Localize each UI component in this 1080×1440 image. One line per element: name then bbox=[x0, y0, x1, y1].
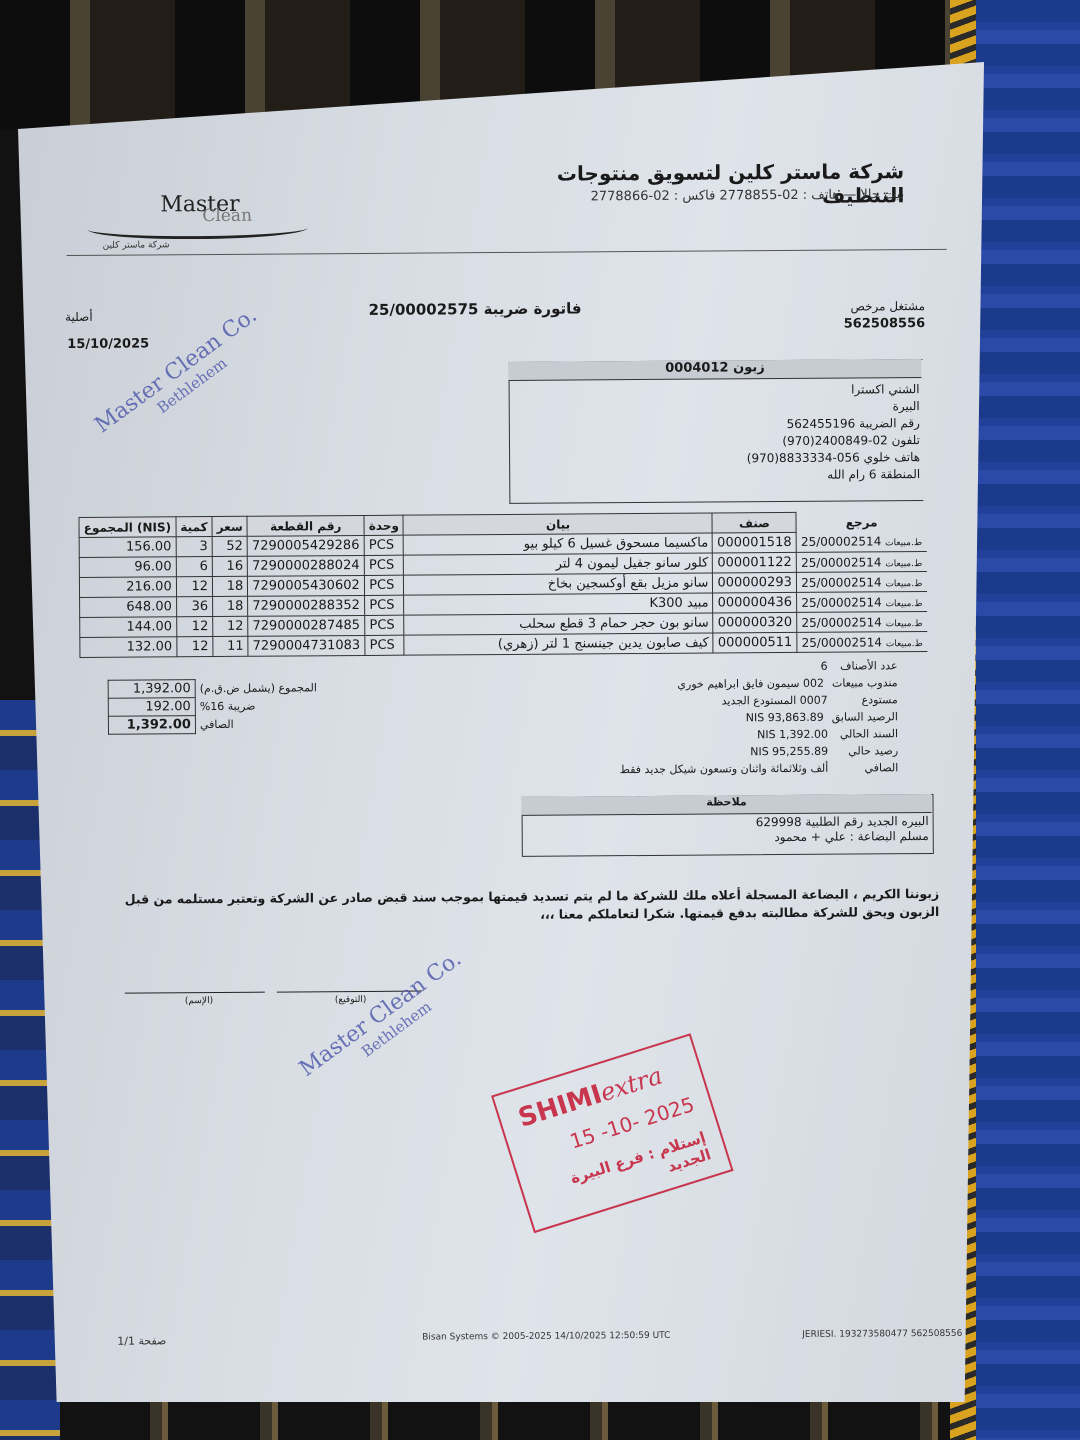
item-unit: PCS bbox=[365, 595, 404, 615]
col-part-no: رقم القطعة bbox=[247, 515, 364, 536]
tax-value: 192.00 bbox=[108, 698, 195, 717]
item-price: 18 bbox=[212, 576, 247, 596]
totals-table: 1,392.00 المجموع (يشمل ض.ق.م) 192.00 ضري… bbox=[108, 678, 323, 734]
summary-value: NIS 93,863.89 bbox=[746, 709, 824, 727]
item-total: 96.00 bbox=[79, 557, 176, 578]
account-summary: عدد الأصناف6مندوب مبيعات002 سيمون فايق ا… bbox=[597, 657, 898, 778]
item-part-no: 7290005430602 bbox=[248, 575, 365, 596]
item-total: 156.00 bbox=[79, 537, 176, 558]
page-number: صفحة 1/1 bbox=[117, 1334, 166, 1347]
summary-row: مستودع0007 المستودع الجديد bbox=[598, 691, 898, 710]
logo-swoosh-icon bbox=[87, 217, 307, 240]
invoice-date: 15/10/2025 bbox=[67, 336, 149, 352]
item-price: 16 bbox=[212, 556, 247, 576]
col-description: بيان bbox=[403, 513, 712, 535]
summary-row: مندوب مبيعات002 سيمون فايق ابراهيم خوري bbox=[598, 674, 898, 693]
notes-lines: البيره الجديد رقم الطلبية 629998 مسلم ال… bbox=[529, 814, 929, 847]
item-total: 216.00 bbox=[79, 577, 176, 598]
item-unit: PCS bbox=[365, 615, 404, 635]
item-code: 000001518 bbox=[713, 532, 797, 553]
item-qty: 12 bbox=[176, 617, 212, 637]
item-description: ماكسيما مسحوق غسيل 6 كيلو بيو bbox=[404, 533, 713, 555]
item-reference: 25/00002514 ط.مبيعات bbox=[797, 632, 927, 653]
col-item-code: صنف bbox=[712, 512, 796, 533]
summary-value: 6 bbox=[820, 658, 827, 675]
item-code: 000000293 bbox=[713, 572, 797, 593]
tax-label: ضريبة 16% bbox=[195, 697, 321, 716]
item-qty: 36 bbox=[176, 597, 212, 617]
col-price: سعر bbox=[212, 516, 247, 536]
logo-tagline: شركة ماستر كلين bbox=[103, 240, 170, 250]
invoice-paper: شركة ماستر كلين لتسويق منتوجات التنظيف ب… bbox=[18, 62, 984, 1402]
notes-header: ملاحظة bbox=[521, 794, 931, 816]
customer-header: زبون 0004012 bbox=[508, 359, 921, 381]
invoice-title: فاتورة ضريبة 25/00002575 bbox=[345, 299, 605, 319]
item-part-no: 7290000288024 bbox=[248, 555, 365, 576]
receipt-stamp-branch: إستلام : فرع البيرة الجديد bbox=[540, 1128, 713, 1213]
signature-label: (التوقيع) bbox=[335, 995, 367, 1005]
item-price: 18 bbox=[213, 596, 248, 616]
net-label: الصافي bbox=[195, 715, 321, 734]
customer-region: المنطقة 6 رام الله bbox=[576, 466, 920, 485]
item-total: 144.00 bbox=[80, 617, 177, 638]
item-part-no: 7290000288352 bbox=[248, 595, 365, 616]
subtotal-row: 1,392.00 المجموع (يشمل ض.ق.م) bbox=[108, 679, 321, 698]
summary-row: عدد الأصناف6 bbox=[597, 657, 897, 676]
item-reference: 25/00002514 ط.مبيعات bbox=[796, 552, 926, 573]
name-signature-line bbox=[125, 992, 265, 994]
software-credit: Bisan Systems © 2005-2025 14/10/2025 12:… bbox=[422, 1331, 670, 1343]
note-receiver: مسلم البضاعة : علي + محمود bbox=[529, 829, 929, 847]
license-label: مشتغل مرخص bbox=[805, 299, 925, 314]
item-total: 648.00 bbox=[80, 597, 177, 618]
item-reference: 25/00002514 ط.مبيعات bbox=[797, 612, 927, 633]
document-code: JERIESI. 193273580477 562508556 bbox=[802, 1329, 962, 1340]
items-table: المجموع (NIS) كمية سعر رقم القطعة وحدة ب… bbox=[78, 511, 927, 658]
company-stamp-bottom: Master Clean Co. Bethlehem bbox=[295, 946, 477, 1096]
item-part-no: 7290004731083 bbox=[248, 635, 365, 656]
company-logo: Master Clean شركة ماستر كلين bbox=[82, 191, 312, 253]
item-reference: 25/00002514 ط.مبيعات bbox=[796, 532, 926, 553]
subtotal-label: المجموع (يشمل ض.ق.م) bbox=[195, 679, 321, 698]
customer-name: الشني اكسترا bbox=[576, 381, 920, 400]
summary-row: رصيد حاليNIS 95,255.89 bbox=[598, 742, 898, 761]
item-description: مبيد K300 bbox=[404, 593, 713, 615]
summary-label: عدد الأصناف bbox=[835, 657, 897, 674]
item-part-no: 7290005429286 bbox=[247, 535, 364, 556]
summary-value: 0007 المستودع الجديد bbox=[722, 692, 828, 710]
item-part-no: 7290000287485 bbox=[248, 615, 365, 636]
summary-row: الرصيد السابقNIS 93,863.89 bbox=[598, 708, 898, 727]
item-unit: PCS bbox=[364, 555, 403, 575]
item-description: سانو مزيل بقع أوكسجين بخاخ bbox=[404, 573, 713, 595]
summary-label: مستودع bbox=[836, 691, 898, 708]
summary-label: الصافي bbox=[836, 759, 898, 776]
item-total: 132.00 bbox=[80, 637, 177, 658]
name-label: (الإسم) bbox=[185, 996, 213, 1006]
item-code: 000001122 bbox=[713, 552, 797, 573]
item-description: كلور سانو جفيل ليمون 4 لتر bbox=[404, 553, 713, 575]
item-unit: PCS bbox=[365, 575, 404, 595]
item-qty: 3 bbox=[176, 537, 212, 557]
item-price: 12 bbox=[213, 616, 248, 636]
company-stamp-top: Master Clean Co. Bethlehem bbox=[91, 303, 273, 453]
original-label: أصلية bbox=[65, 310, 93, 324]
disclaimer-text: زبوننا الكريم ، البضاعة المسجلة أعلاه مل… bbox=[109, 885, 939, 927]
item-code: 000000436 bbox=[713, 592, 797, 613]
item-unit: PCS bbox=[365, 635, 404, 655]
subtotal-value: 1,392.00 bbox=[108, 680, 195, 699]
col-total: المجموع (NIS) bbox=[79, 517, 176, 538]
item-qty: 12 bbox=[176, 577, 212, 597]
item-reference: 25/00002514 ط.مبيعات bbox=[797, 592, 927, 613]
summary-value: 002 سيمون فايق ابراهيم خوري bbox=[677, 675, 824, 693]
summary-label: رصيد حالي bbox=[836, 742, 898, 759]
tax-row: 192.00 ضريبة 16% bbox=[108, 697, 321, 716]
item-qty: 12 bbox=[177, 637, 213, 657]
summary-label: مندوب مبيعات bbox=[832, 674, 898, 691]
summary-label: السند الحالي bbox=[836, 725, 898, 742]
receipt-stamp: SHIMIextra 15 -10- 2025 إستلام : فرع الب… bbox=[491, 1033, 733, 1233]
item-code: 000000320 bbox=[713, 612, 797, 633]
col-qty: كمية bbox=[176, 517, 212, 537]
col-reference: مرجع bbox=[796, 512, 926, 533]
item-price: 11 bbox=[213, 636, 248, 656]
item-description: سانو بون حجر حمام 3 قطع سحلب bbox=[404, 613, 713, 635]
summary-value: NIS 1,392.00 bbox=[757, 726, 828, 743]
item-code: 000000511 bbox=[713, 632, 797, 653]
col-unit: وحدة bbox=[364, 515, 403, 535]
summary-label: الرصيد السابق bbox=[832, 708, 898, 725]
license-number: 562508556 bbox=[805, 316, 925, 332]
item-description: كيف صابون يدين جينسنج 1 لتر (زهري) bbox=[404, 633, 713, 655]
summary-row: الصافيألف وثلاثمائة واثنان وتسعون شيكل ج… bbox=[598, 759, 898, 778]
summary-value: NIS 95,255.89 bbox=[750, 743, 828, 761]
company-contact: بيت جالا — هاتف : 02-2778855 فاكس : 02-2… bbox=[539, 187, 904, 205]
item-unit: PCS bbox=[364, 535, 403, 555]
net-value: 1,392.00 bbox=[108, 716, 195, 735]
item-reference: 25/00002514 ط.مبيعات bbox=[797, 572, 927, 593]
customer-details: الشني اكسترا البيرة رقم الضريبة 56245519… bbox=[576, 381, 921, 485]
summary-row: السند الحاليNIS 1,392.00 bbox=[598, 725, 898, 744]
item-qty: 6 bbox=[176, 557, 212, 577]
net-row: 1,392.00 الصافي bbox=[108, 715, 321, 734]
item-price: 52 bbox=[212, 536, 247, 556]
summary-value: ألف وثلاثمائة واثنان وتسعون شيكل جديد فق… bbox=[620, 760, 829, 778]
